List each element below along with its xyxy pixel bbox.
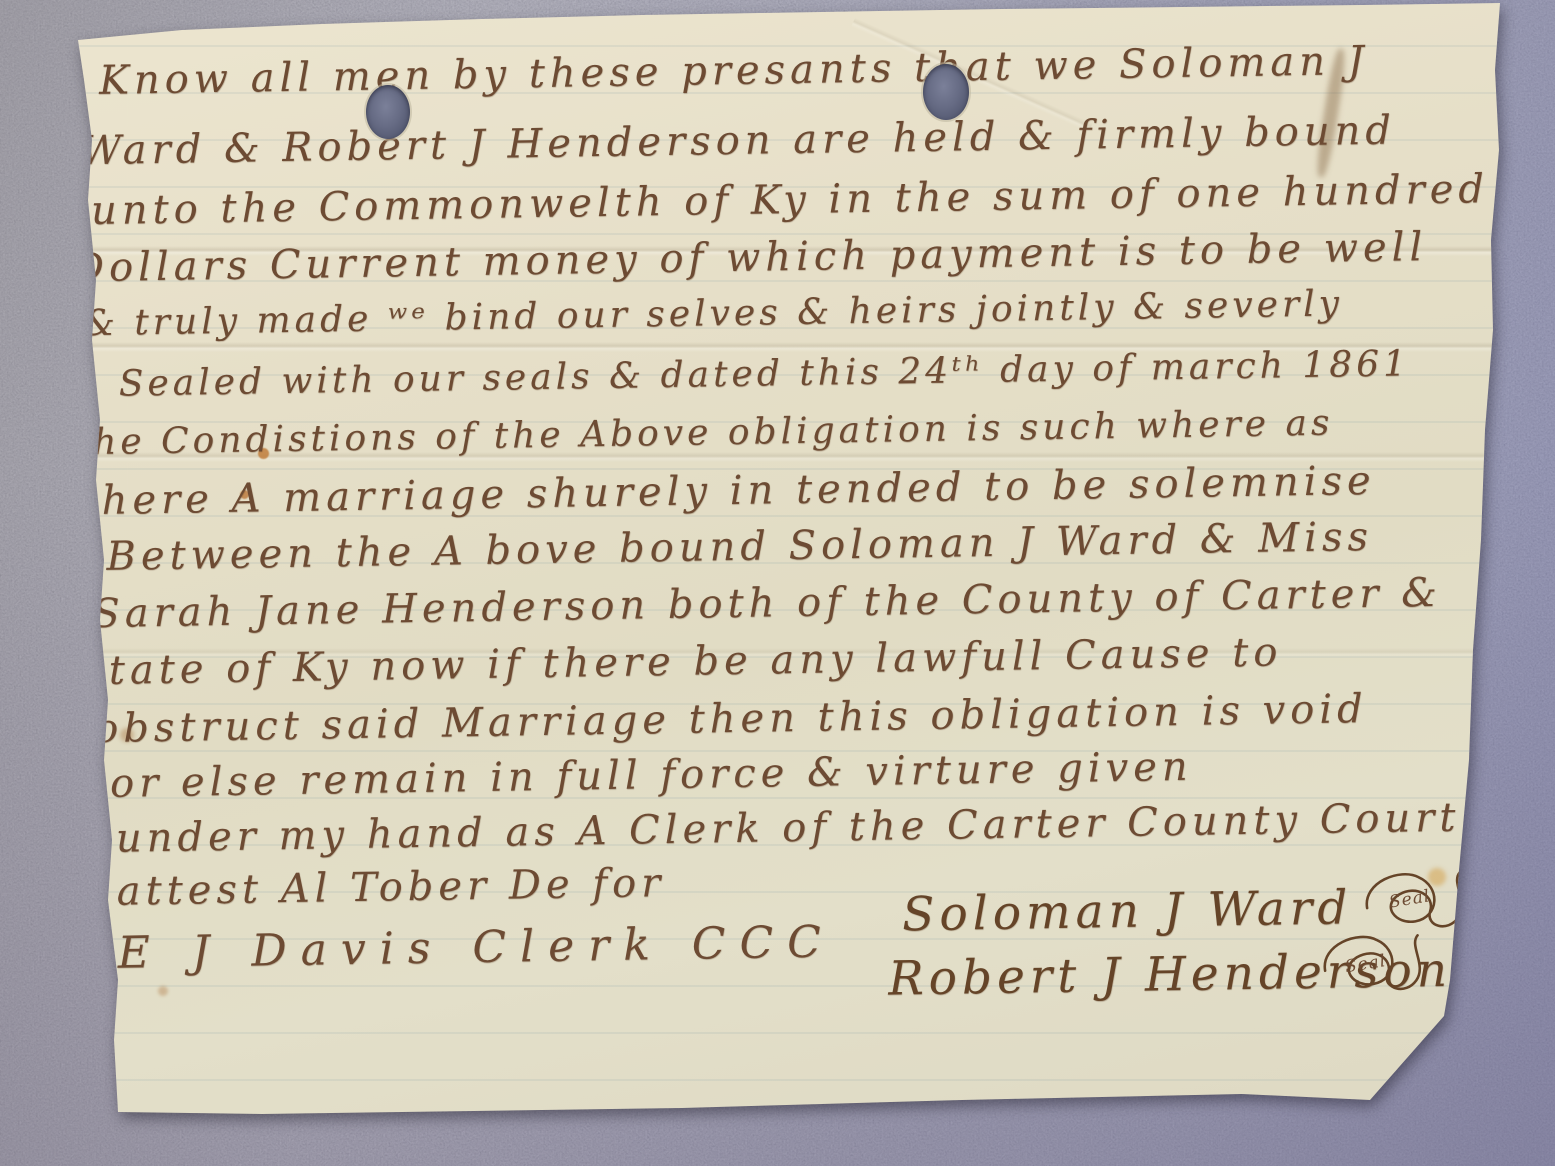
punch-hole <box>366 85 410 139</box>
handwriting-line: Ward & Robert J Henderson are held & fir… <box>80 108 1397 175</box>
punch-hole <box>923 64 969 120</box>
signature-soloman-j-ward: Soloman J Ward <box>902 880 1353 942</box>
handwriting-line: the Condistions of the Above obligation … <box>74 403 1333 464</box>
handwriting-line: & truly made ʷᵉ bind our selves & heirs … <box>82 283 1343 344</box>
handwriting-line: under my hand as A Clerk of the Carter C… <box>116 795 1461 862</box>
handwriting-line: Sarah Jane Henderson both of the County … <box>92 570 1442 637</box>
handwriting-line: obstruct said Marriage then this obligat… <box>94 686 1368 752</box>
handwriting-line: or else remain in full force & virture g… <box>110 744 1193 807</box>
handwriting-line: Between the A bove bound Soloman J Ward … <box>106 514 1373 580</box>
handwriting-layer: Know all men by these presants that we S… <box>45 0 1512 1123</box>
handwriting-line: Sealed with our seals & dated this 24ᵗʰ … <box>118 343 1410 404</box>
handwriting-line: there A marriage shurely in tended to be… <box>80 458 1376 524</box>
marriage-bond-paper: Know all men by these presants that we S… <box>62 0 1512 1122</box>
handwriting-line: unto the Commonwelth of Ky in the sum of… <box>91 166 1490 234</box>
clerk-attestation-line: E J Davis Clerk CCC <box>117 916 835 978</box>
handwriting-line: Know all men by these presants that we S… <box>99 38 1369 104</box>
handwriting-line: Dollars Current money of which payment i… <box>72 224 1428 291</box>
seal-flourish-icon: Seal <box>1314 925 1427 1015</box>
handwriting-line: state of Ky now if there be any lawfull … <box>83 629 1283 694</box>
photographed-document-scene: Know all men by these presants that we S… <box>0 0 1555 1166</box>
handwriting-line: attest Al Tober De for <box>116 860 665 915</box>
